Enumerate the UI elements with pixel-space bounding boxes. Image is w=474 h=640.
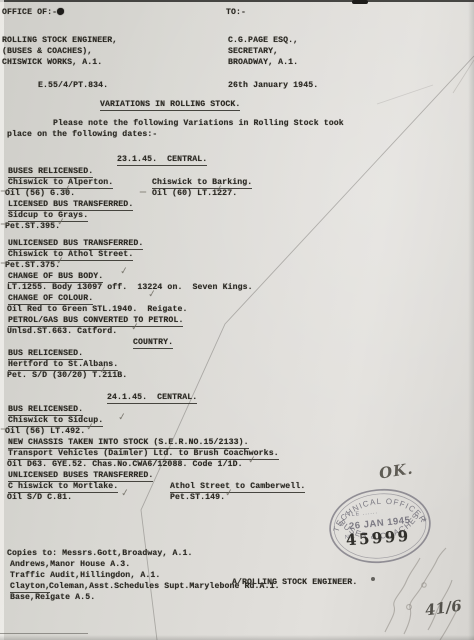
typed-line: UNLICENSED BUS TRANSFERRED.	[8, 239, 143, 250]
pencil-check-icon: ✓	[147, 288, 157, 300]
pencil-check-icon: ✓	[224, 487, 234, 499]
scanned-memo-page: OFFICE OF:-TO:-ROLLING STOCK ENGINEER,C.…	[0, 0, 474, 640]
sender-line: (BUSES & COACHES),	[2, 47, 92, 56]
pencil-dash-icon: —	[139, 187, 146, 196]
typed-line: Base,Reigate A.5.	[10, 593, 95, 602]
pencil-dash-icon: —	[0, 424, 7, 433]
handwritten-ok: OK.	[378, 459, 415, 482]
date-heading: 24.1.45. CENTRAL.	[107, 393, 197, 404]
typed-line: Traffic Audit,Hillingdon, A.1.	[10, 571, 160, 580]
pencil-check-icon: ✓	[119, 265, 129, 277]
typed-line: Athol Street to Camberwell.	[170, 482, 305, 493]
typed-line: Sidcup to Grays.	[8, 211, 88, 222]
signature-block: A/ROLLING STOCK ENGINEER.	[232, 578, 357, 587]
typed-line: Unlsd.ST.663. Catford.	[7, 327, 117, 336]
scan-edge-left	[0, 0, 4, 640]
date-heading: 23.1.45. CENTRAL.	[117, 155, 207, 166]
office-of-label: OFFICE OF:-	[2, 8, 57, 17]
typed-line: Please note the following Variations in …	[53, 119, 344, 128]
typed-line: BUS RELICENSED.	[8, 405, 83, 416]
pencil-dot	[371, 577, 375, 581]
pencil-check-icon: ✓	[85, 421, 95, 433]
subsection-heading: COUNTRY.	[133, 338, 173, 349]
recipient-line: SECRETARY,	[228, 47, 278, 56]
pencil-check-icon: ✓	[120, 487, 130, 499]
typed-line: Oil Red to Green STL.1940. Reigate.	[7, 305, 187, 314]
pencil-check-icon: ✓	[55, 255, 65, 267]
typed-line: Chiswick to Barking.	[152, 178, 252, 189]
pencil-check-icon: ✓	[56, 216, 66, 228]
staple-mark	[352, 0, 368, 4]
typed-line: BUS RELICENSED.	[8, 349, 83, 360]
typed-line: UNLICENSED BUSES TRANSFERRED.	[8, 471, 153, 482]
recipient-line: C.G.PAGE ESQ.,	[228, 36, 298, 45]
typed-line: LICENSED BUS TRANSFERRED.	[8, 200, 133, 211]
typed-line: Copies to: Messrs.Gott,Broadway, A.1.	[7, 549, 193, 558]
pencil-check-icon: ✓	[130, 321, 140, 333]
pencil-dash-icon: —	[0, 186, 7, 195]
letter-date: 26th January 1945.	[228, 81, 318, 90]
pencil-check-icon: ✓	[247, 454, 257, 466]
typed-line: BUSES RELICENSED.	[8, 167, 93, 178]
typed-line: Chiswick to Athol Street.	[8, 250, 133, 261]
typed-line: Andrews,Manor House A.3.	[10, 560, 130, 569]
ink-blot-icon	[57, 8, 64, 15]
typed-line: LT.1255. Body 13097 off. 13224 on. Seven…	[7, 283, 253, 292]
typed-line: Oil S/D C.81.	[7, 493, 72, 502]
typed-line: Chiswick to Alperton.	[8, 178, 113, 189]
typed-line: CHANGE OF COLOUR.	[8, 294, 93, 305]
scan-edge-top	[0, 0, 474, 2]
typed-line: Pet.ST.149.	[170, 493, 225, 502]
scan-edge-bottom	[0, 635, 474, 640]
pencil-dash-icon: —	[0, 219, 7, 228]
typed-line: Oil D63. GYE.52. Chas.No.CWA6/12088. Cod…	[7, 460, 243, 469]
handwritten-fraction: 41/6	[424, 597, 463, 620]
scan-shadow-line	[0, 633, 88, 634]
to-label: TO:-	[226, 8, 246, 17]
pencil-check-icon: ✓	[117, 411, 127, 423]
typed-line: Clayton,	[10, 582, 50, 593]
typed-line: CHANGE OF BUS BODY.	[8, 272, 103, 283]
typed-line: Oil (60) LT.1227.	[152, 189, 237, 198]
typed-line: Pet.ST.395.	[5, 222, 60, 231]
sender-line: ROLLING STOCK ENGINEER,	[2, 36, 117, 45]
recipient-line: BROADWAY, A.1.	[228, 58, 298, 67]
document-title: VARIATIONS IN ROLLING STOCK.	[100, 100, 240, 111]
typed-line: Oil (56) LT.492.	[5, 427, 85, 436]
typed-line: place on the following dates:-	[7, 130, 157, 139]
technical-officer-stamp: TECHNICAL OFFICER BUSES & COACHES FILE .…	[323, 481, 437, 572]
typed-line: NEW CHASSIS TAKEN INTO STOCK (S.E.R.NO.1…	[8, 438, 249, 449]
typed-line: PETROL/GAS BUS CONVERTED TO PETROL.	[8, 316, 183, 327]
sender-line: CHISWICK WORKS, A.1.	[2, 58, 102, 67]
pencil-dash-icon: —	[0, 258, 7, 267]
pencil-check-icon: ✓	[98, 364, 108, 376]
pencil-check-icon: ✓	[214, 183, 224, 195]
pencil-check-icon: ✓	[62, 183, 72, 195]
typed-line: Transport Vehicles (Daimler) Ltd. to Bru…	[8, 449, 279, 460]
typed-line: C hiswick to Mortlake.	[8, 482, 118, 493]
reference-number: E.55/4/PT.834.	[38, 81, 108, 90]
typed-line: Pet.ST.375.	[5, 261, 60, 270]
typed-line: Pet. S/D (30/20) T.211B.	[7, 371, 127, 380]
stamp-asterisk-icon: *	[422, 516, 428, 528]
scan-edge-right	[468, 0, 474, 640]
